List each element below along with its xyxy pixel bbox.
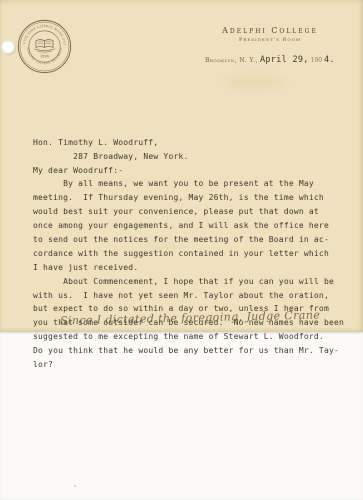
letterhead-department: President's Room [195,37,345,43]
typed-line: with us. I have not yet seen Mr. Taylor … [33,289,348,303]
year-printed: 190 [311,57,322,64]
svg-text:1896: 1896 [40,54,49,58]
typed-line: Hon. Timothy L. Woodruff, [33,136,348,150]
typed-line: suggested to me excepting the name of St… [33,330,348,344]
typed-line: My dear Woodruff:- [33,164,348,178]
punch-hole [1,40,15,54]
ink-bleed-smudge [225,75,285,89]
typed-line: About Commencement, I hope that if you c… [33,275,348,289]
year-typed: 4. [324,55,335,65]
typed-line: I have just received. [33,261,348,275]
typed-line: to send out the notices for the meeting … [33,233,348,247]
typed-line: Do you think that he would be any better… [33,344,348,358]
date-place-printed: Brooklyn, N. Y., [205,57,258,64]
scanned-letter-page: { "colors": { "paper": "#efe1bd", "backi… [0,0,363,500]
date-line: Brooklyn, N. Y., April 29, 190 4. [205,55,355,65]
letterhead-college-name: Adelphi College [195,26,345,35]
college-seal-open-book-icon: VITA SINE LITERIS MORS EST ADELPHI COLLE… [16,18,73,75]
typed-line: would best suit your convenience, please… [33,205,348,219]
typed-line: By all means, we want you to be present … [33,177,348,191]
typed-line: meeting. If Thursday evening, May 26th, … [33,191,348,205]
paper-speck [74,485,76,487]
typed-line: 287 Broadway, New York. [33,150,348,164]
date-typed: April 29, [260,55,309,65]
typed-line: lor? [33,358,348,372]
letterhead: Adelphi College President's Room [195,26,345,43]
typed-line: cordance with the suggestion contained i… [33,247,348,261]
letter-body: Hon. Timothy L. Woodruff, 287 Broadway, … [33,94,348,372]
typed-line: once among your engagements, and I will … [33,219,348,233]
letter-paper: VITA SINE LITERIS MORS EST ADELPHI COLLE… [0,0,363,332]
